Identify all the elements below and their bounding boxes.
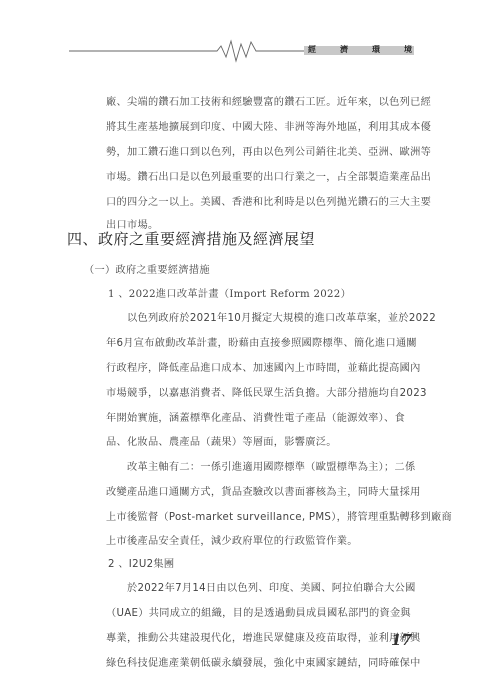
paragraph-line: 口的四分之一以上。美國、香港和比利時是以色列拋光鑽石的三大主要 [106, 196, 411, 210]
paragraph-line: 改變產品進口通關方式，貨品查驗改以書面審核為主，同時大量採用 [106, 486, 411, 500]
paragraph-line: 市場。鑽石出口是以色列最重要的出口行業之一，占全部製造業產品出 [106, 171, 411, 185]
paragraph-line: 改革主軸有二：一係引進適用國際標準（歐盟標準為主）；二係 [106, 461, 411, 475]
running-header: 經 濟 環 境 [0, 0, 480, 70]
item-title-i2u2: 2 、I2U2集團 [108, 558, 174, 572]
paragraph-line: 將其生產基地擴展到印度、中國大陸、非洲等海外地區，利用其成本優 [106, 121, 411, 135]
paragraph-line: 廠、尖端的鑽石加工技術和經驗豐富的鑽石工匠。近年來，以色列已經 [106, 96, 411, 110]
paragraph-line: 上市後產品安全責任，減少政府單位的行政監管作業。 [106, 535, 411, 549]
header-char: 環 [372, 43, 380, 57]
paragraph-line: （UAE）共同成立的組織，目的是透過動員成員國私部門的資金與 [106, 607, 411, 621]
header-char: 濟 [340, 43, 348, 57]
paragraph-line: 於2022年7月14日由以色列、印度、美國、阿拉伯聯合大公國 [106, 582, 411, 596]
header-title: 經 濟 環 境 [308, 43, 412, 57]
header-zigzag-line-icon [0, 0, 480, 70]
paragraph-line: 市場競爭，以嘉惠消費者、降低民眾生活負擔。大部分措施均自2023 [106, 387, 411, 401]
paragraph-line: 上市後監督（Post-market surveillance, PMS），將管理… [106, 511, 411, 525]
paragraph-line: 年開始實施，涵蓋標準化產品、消費性電子產品（能源效率）、食 [106, 412, 411, 426]
paragraph-line: 勢，加工鑽石進口到以色列，再由以色列公司銷往北美、亞洲、歐洲等 [106, 146, 411, 160]
paragraph-line: 專業，推動公共建設現代化，增進民眾健康及疫苗取得，並利用新興 [106, 632, 411, 646]
page-number: 17 [391, 631, 412, 649]
subsection-heading: （一）政府之重要經濟措施 [84, 264, 210, 278]
paragraph-line: 年6月宣布啟動改革計畫，盼藉由直接參照國際標準、簡化進口通關 [106, 337, 411, 351]
paragraph-line: 綠色科技促進產業朝低碳永續發展，強化中東國家鏈結，同時確保中 [106, 657, 411, 671]
paragraph-line: 行政程序，降低產品進口成本、加速國內上市時間，並藉此提高國內 [106, 362, 411, 376]
header-char: 境 [404, 43, 412, 57]
section-heading: 四、政府之重要經濟措施及經濟展望 [67, 228, 315, 249]
item-title-import-reform: 1 、2022進口改革計畫（Import Reform 2022） [108, 288, 351, 302]
header-char: 經 [308, 43, 316, 57]
paragraph-line: 以色列政府於2021年10月擬定大規模的進口改革草案，並於2022 [106, 312, 411, 326]
paragraph-line: 品、化妝品、農產品（蔬果）等層面，影響廣泛。 [106, 436, 411, 450]
